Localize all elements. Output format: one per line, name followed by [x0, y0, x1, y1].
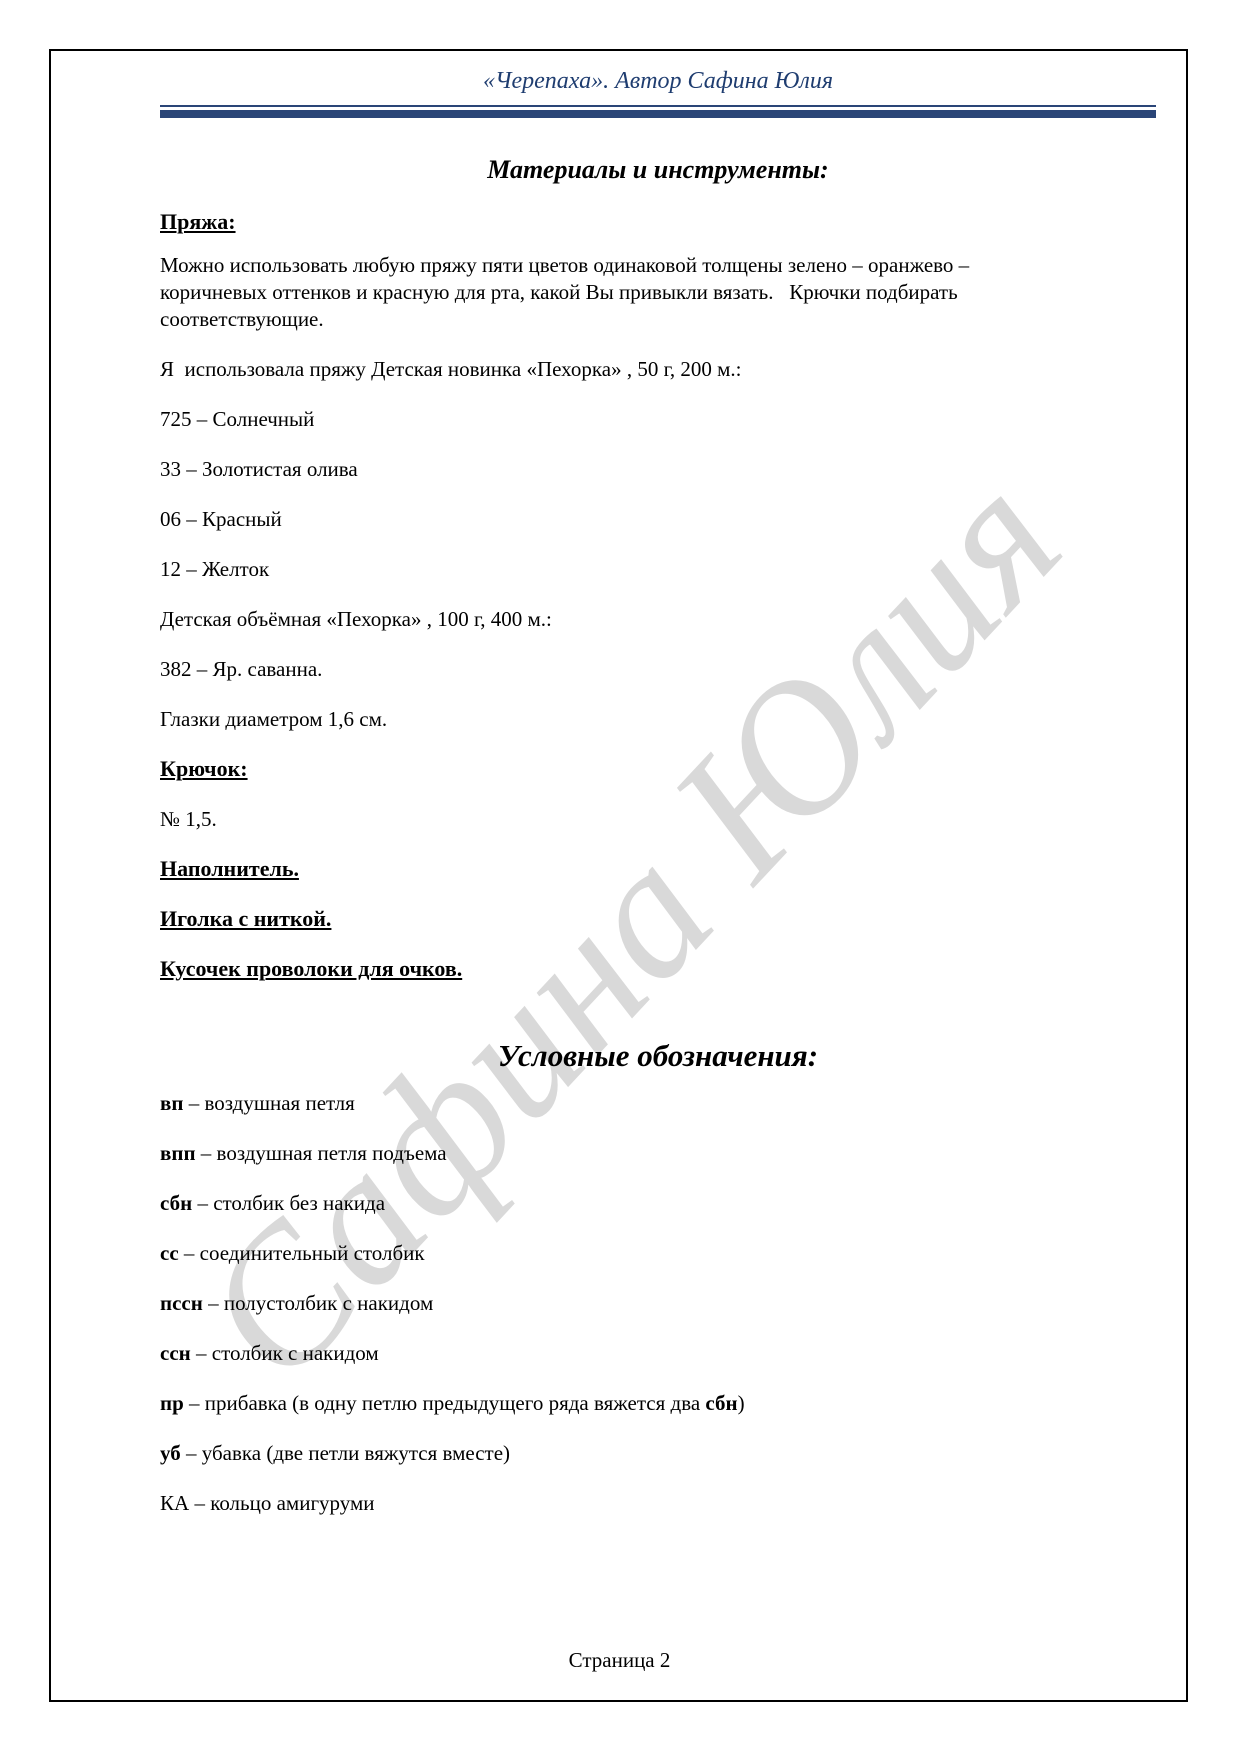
abbreviation-item: уб – убавка (две петли вяжутся вместе) — [160, 1439, 1156, 1467]
hook-size: № 1,5. — [160, 805, 1156, 833]
header-divider-thick-line — [160, 110, 1156, 118]
abbreviation-item: пр – прибавка (в одну петлю предыдущего … — [160, 1389, 1156, 1417]
abbreviation-item: вп – воздушная петля — [160, 1089, 1156, 1117]
hook-heading: Крючок: — [160, 755, 1156, 783]
yarn-set1-label: Я использовала пряжу Детская новинка «Пе… — [160, 355, 1156, 383]
document-content: «Черепаха». Автор Сафина Юлия Материалы … — [160, 50, 1156, 1517]
wire-heading: Кусочек проволоки для очков. — [160, 955, 1156, 983]
yarn-color-item: 725 – Солнечный — [160, 405, 1156, 433]
yarn-set2-label: Детская объёмная «Пехорка» , 100 г, 400 … — [160, 605, 1156, 633]
eyes-note: Глазки диаметром 1,6 см. — [160, 705, 1156, 733]
needle-heading: Иголка с ниткой. — [160, 905, 1156, 933]
abbreviation-item: пссн – полустолбик с накидом — [160, 1289, 1156, 1317]
materials-section-title: Материалы и инструменты: — [160, 154, 1156, 186]
abbreviation-item: ссн – столбик с накидом — [160, 1339, 1156, 1367]
abbreviation-item: впп – воздушная петля подъема — [160, 1139, 1156, 1167]
page-number-footer: Страница 2 — [50, 1648, 1189, 1673]
header-divider-rule — [160, 105, 1156, 118]
yarn-set1-color-list: 725 – Солнечный33 – Золотистая олива06 –… — [160, 405, 1156, 583]
abbreviation-item: КА – кольцо амигуруми — [160, 1489, 1156, 1517]
abbreviation-item: сбн – столбик без накида — [160, 1189, 1156, 1217]
yarn-color-item: 382 – Яр. саванна. — [160, 655, 1156, 683]
yarn-color-item: 12 – Желток — [160, 555, 1156, 583]
document-header-title: «Черепаха». Автор Сафина Юлия — [160, 66, 1156, 96]
yarn-set2-color-list: 382 – Яр. саванна. — [160, 655, 1156, 683]
yarn-color-item: 06 – Красный — [160, 505, 1156, 533]
legend-section-title: Условные обозначения: — [160, 1037, 1156, 1075]
yarn-color-item: 33 – Золотистая олива — [160, 455, 1156, 483]
yarn-intro-paragraph: Можно использовать любую пряжу пяти цвет… — [160, 252, 1156, 333]
abbreviation-item: сс – соединительный столбик — [160, 1239, 1156, 1267]
abbreviation-list: вп – воздушная петлявпп – воздушная петл… — [160, 1089, 1156, 1517]
filler-heading: Наполнитель. — [160, 855, 1156, 883]
yarn-heading: Пряжа: — [160, 208, 1156, 236]
